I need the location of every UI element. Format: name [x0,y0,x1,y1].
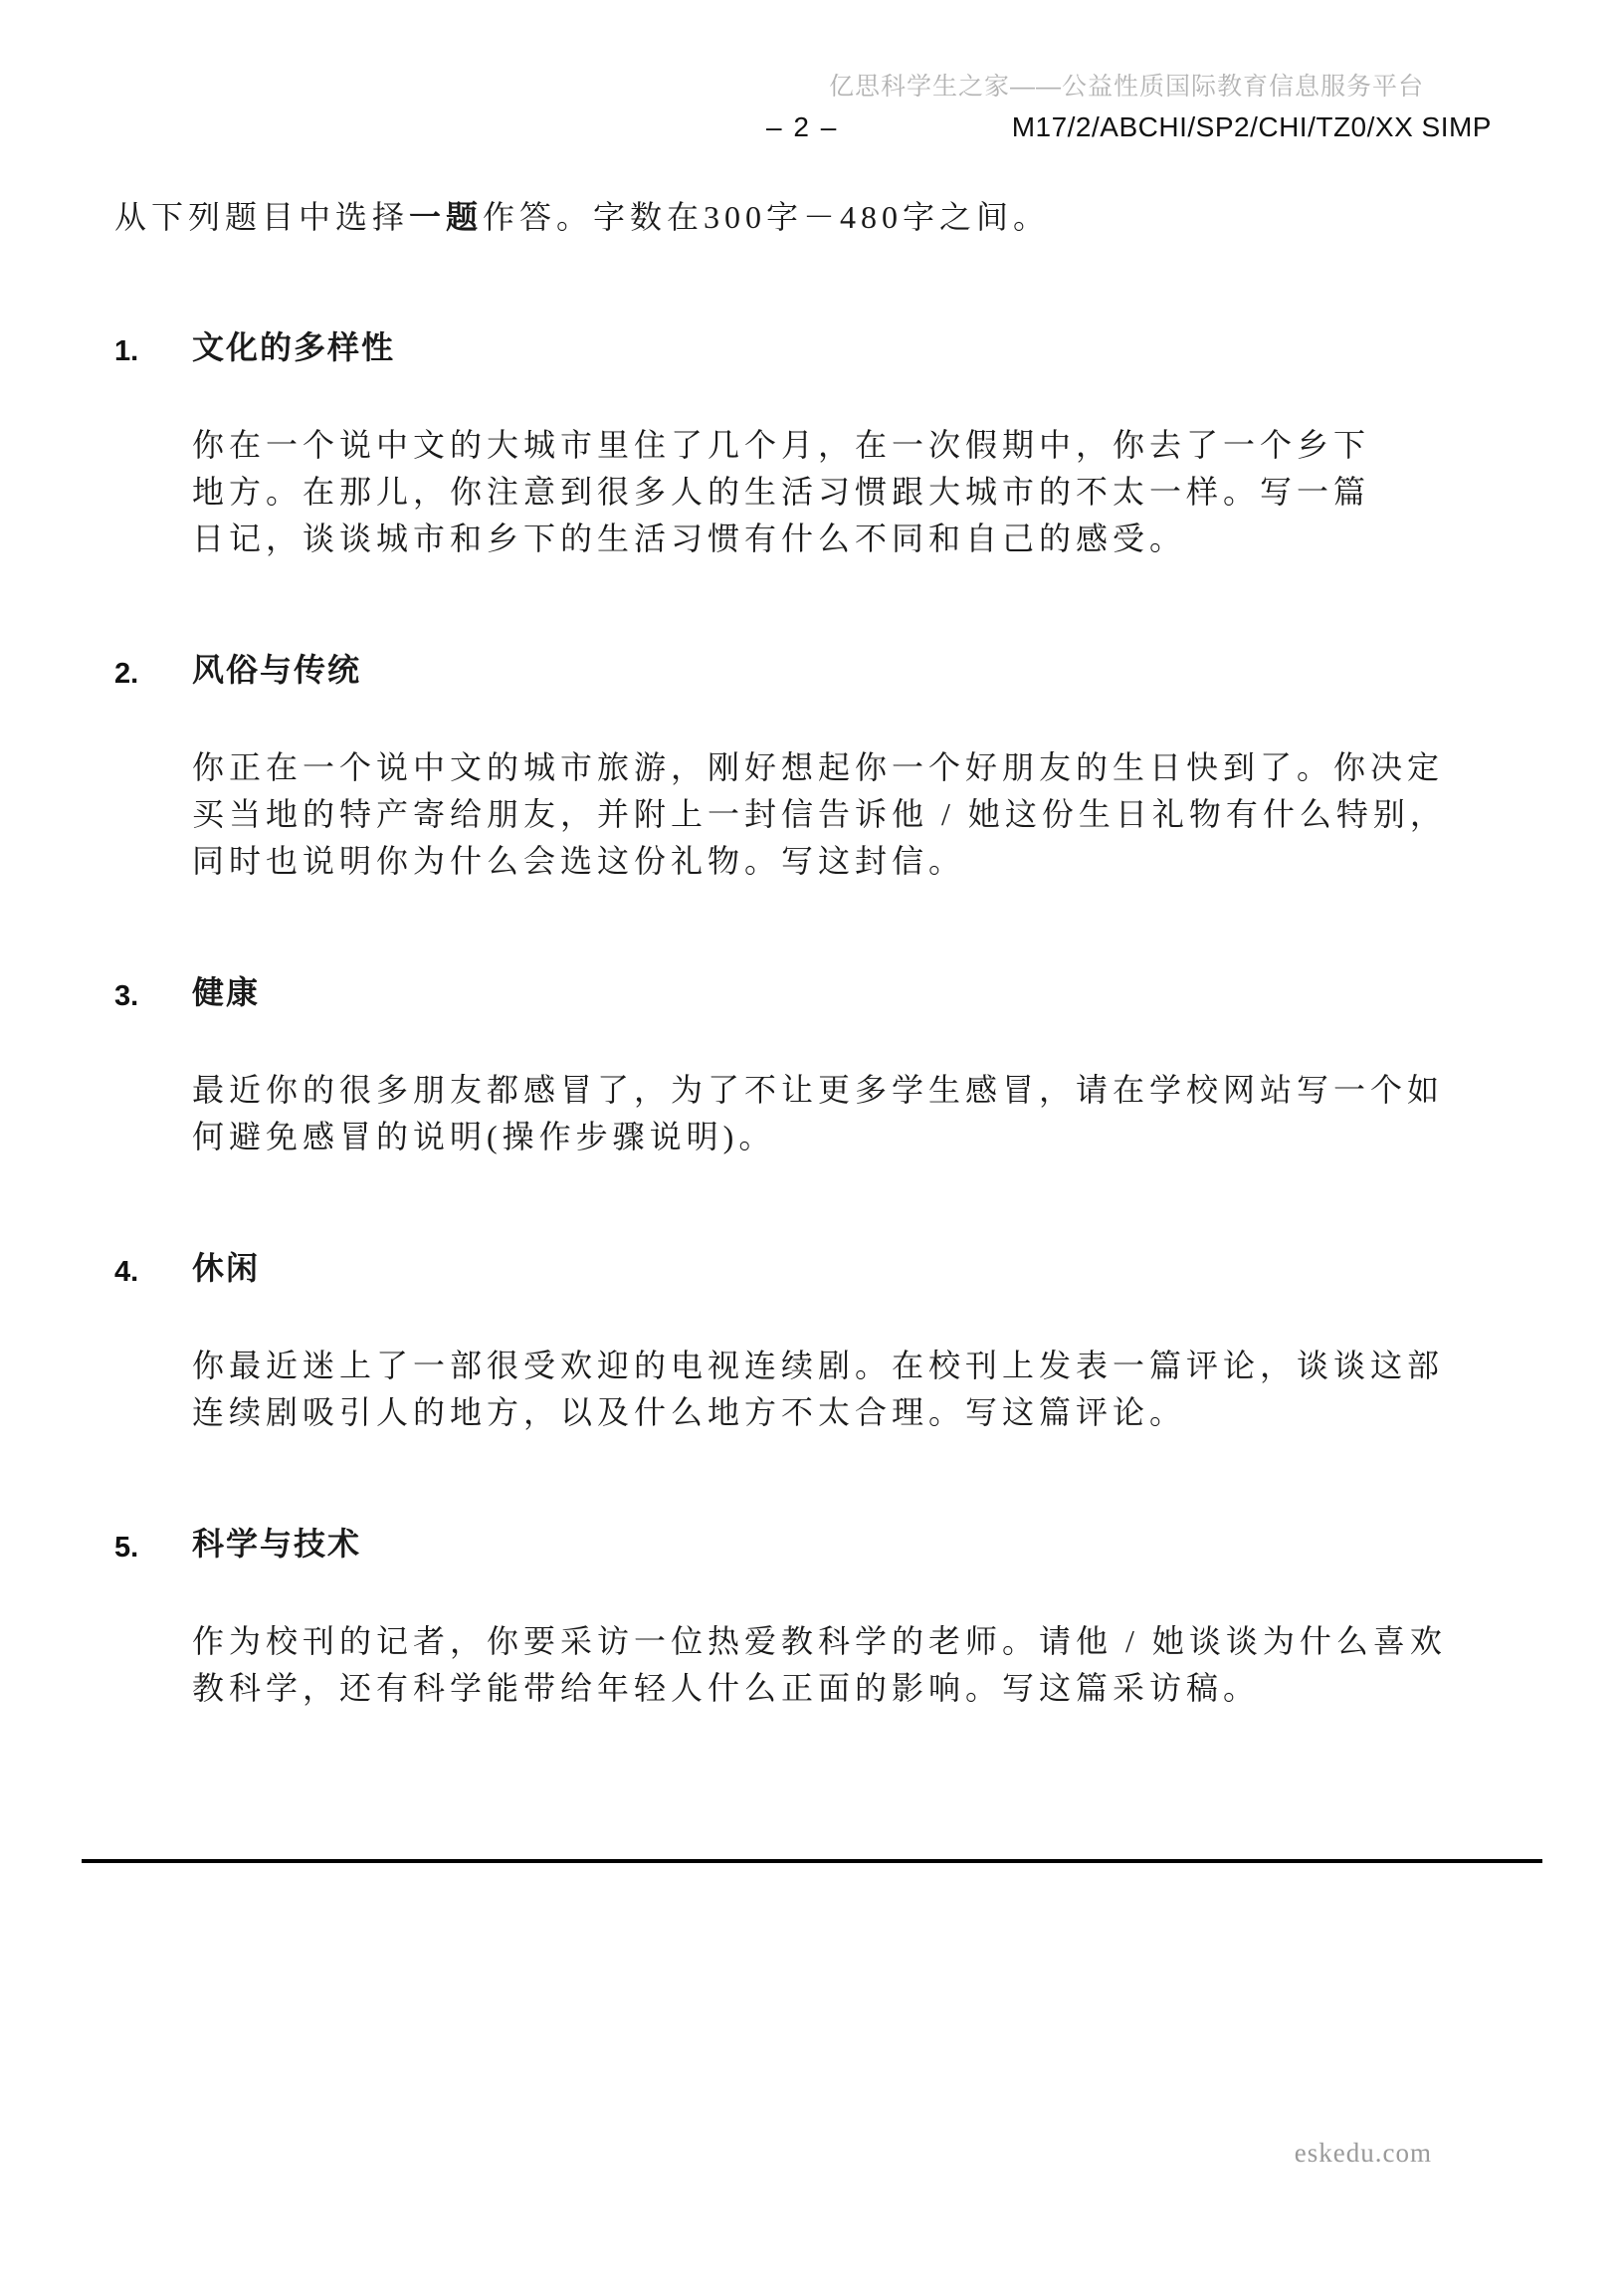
question-1-heading: 1. 文化的多样性 [114,324,1623,374]
question-4-body-line: 连续剧吸引人的地方，以及什么地方不太合理。写这篇评论。 [192,1389,1516,1436]
question-1-body-line: 日记，谈谈城市和乡下的生活习惯有什么不同和自己的感受。 [192,516,1516,562]
question-1-body-line: 地方。在那儿，你注意到很多人的生活习惯跟大城市的不太一样。写一篇 [192,469,1516,516]
question-5-body-line: 教科学，还有科学能带给年轻人什么正面的影响。写这篇采访稿。 [192,1665,1516,1712]
question-3-number: 3. [114,969,192,1019]
question-4-heading: 4. 休闲 [114,1245,1623,1295]
exam-page: 亿思科学生之家——公益性质国际教育信息服务平台 – 2 – M17/2/ABCH… [0,0,1623,2296]
watermark-text: 亿思科学生之家——公益性质国际教育信息服务平台 [0,0,1623,102]
question-1: 1. 文化的多样性 你在一个说中文的大城市里住了几个月，在一次假期中，你去了一个… [114,324,1623,562]
question-3-body: 最近你的很多朋友都感冒了，为了不让更多学生感冒，请在学校网站写一个如 何避免感冒… [192,1067,1516,1160]
question-4: 4. 休闲 你最近迷上了一部很受欢迎的电视连续剧。在校刊上发表一篇评论，谈谈这部… [114,1245,1623,1436]
question-2-title: 风俗与传统 [192,647,361,697]
question-1-title: 文化的多样性 [192,324,395,374]
instruction: 从下列题目中选择一题作答。字数在300字－480字之间。 [114,194,1623,240]
footer-divider-line [82,1859,1542,1863]
paper-code: M17/2/ABCHI/SP2/CHI/TZ0/XX SIMP [1012,111,1492,143]
instruction-bold-term: 一题 [409,199,483,235]
question-2: 2. 风俗与传统 你正在一个说中文的城市旅游，刚好想起你一个好朋友的生日快到了。… [114,647,1623,885]
question-2-heading: 2. 风俗与传统 [114,647,1623,697]
question-2-body-line: 你正在一个说中文的城市旅游，刚好想起你一个好朋友的生日快到了。你决定 [192,744,1516,791]
instruction-suffix: 作答。字数在300字－480字之间。 [483,199,1050,235]
question-1-body: 你在一个说中文的大城市里住了几个月，在一次假期中，你去了一个乡下 地方。在那儿，… [192,422,1516,562]
question-5-heading: 5. 科学与技术 [114,1521,1623,1570]
question-3-body-line: 何避免感冒的说明(操作步骤说明)。 [192,1114,1516,1160]
question-5-number: 5. [114,1521,192,1570]
question-5-title: 科学与技术 [192,1521,361,1570]
question-4-number: 4. [114,1245,192,1295]
question-5-body: 作为校刊的记者，你要采访一位热爱教科学的老师。请他 / 她谈谈为什么喜欢 教科学… [192,1618,1516,1712]
question-5-body-line: 作为校刊的记者，你要采访一位热爱教科学的老师。请他 / 她谈谈为什么喜欢 [192,1618,1516,1665]
question-4-body-line: 你最近迷上了一部很受欢迎的电视连续剧。在校刊上发表一篇评论，谈谈这部 [192,1343,1516,1389]
question-2-number: 2. [114,647,192,697]
instruction-prefix: 从下列题目中选择 [114,199,409,235]
question-4-body: 你最近迷上了一部很受欢迎的电视连续剧。在校刊上发表一篇评论，谈谈这部 连续剧吸引… [192,1343,1516,1436]
question-3: 3. 健康 最近你的很多朋友都感冒了，为了不让更多学生感冒，请在学校网站写一个如… [114,969,1623,1160]
page-header: – 2 – M17/2/ABCHI/SP2/CHI/TZ0/XX SIMP [0,107,1623,149]
question-2-body: 你正在一个说中文的城市旅游，刚好想起你一个好朋友的生日快到了。你决定 买当地的特… [192,744,1516,885]
page-number: – 2 – [766,111,838,143]
question-3-title: 健康 [192,969,260,1019]
question-2-body-line: 同时也说明你为什么会选这份礼物。写这封信。 [192,838,1516,885]
question-4-title: 休闲 [192,1245,260,1295]
question-3-heading: 3. 健康 [114,969,1623,1019]
question-3-body-line: 最近你的很多朋友都感冒了，为了不让更多学生感冒，请在学校网站写一个如 [192,1067,1516,1114]
question-5: 5. 科学与技术 作为校刊的记者，你要采访一位热爱教科学的老师。请他 / 她谈谈… [114,1521,1623,1712]
question-2-body-line: 买当地的特产寄给朋友，并附上一封信告诉他 / 她这份生日礼物有什么特别， [192,791,1516,838]
question-1-number: 1. [114,324,192,374]
footer-site-text: eskedu.com [1295,2138,1432,2169]
question-1-body-line: 你在一个说中文的大城市里住了几个月，在一次假期中，你去了一个乡下 [192,422,1516,469]
